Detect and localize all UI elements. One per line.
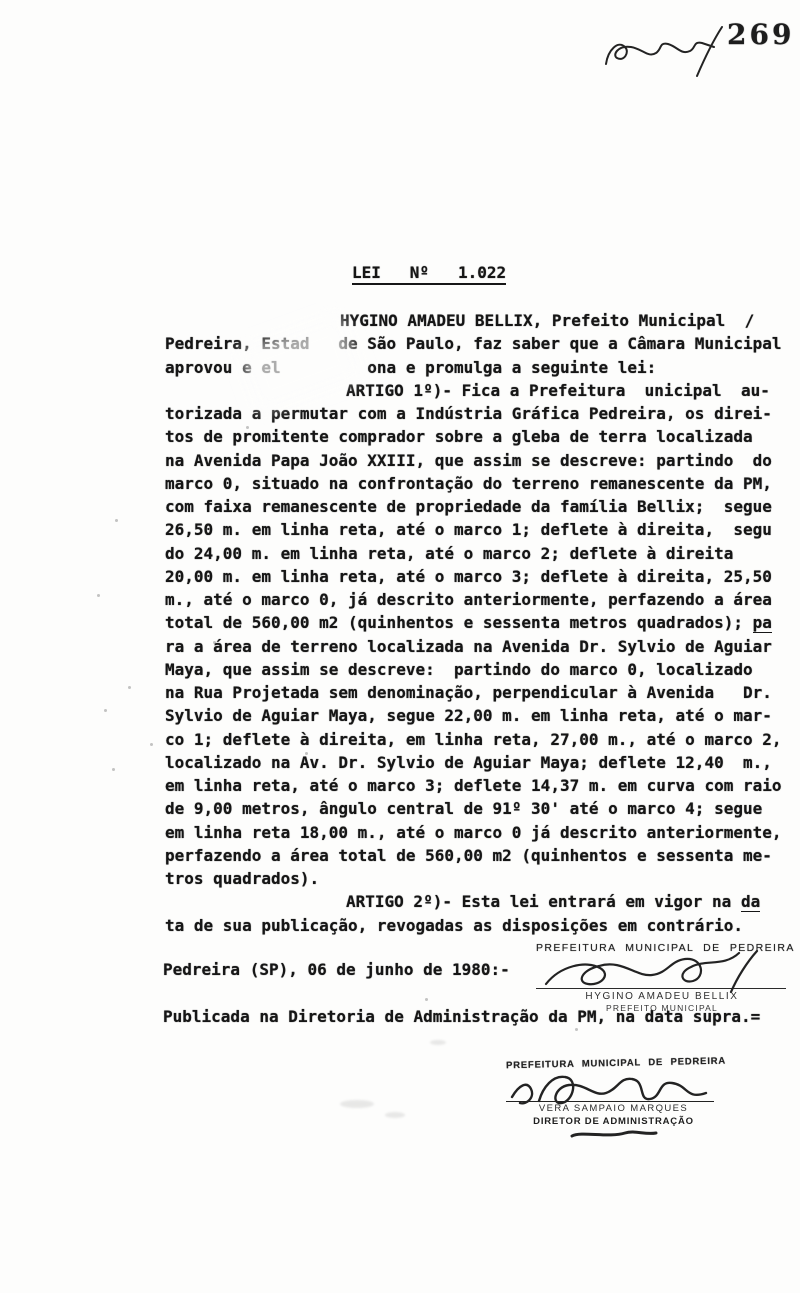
scan-speck [425, 998, 428, 1001]
signature-underline-flourish [569, 1129, 659, 1141]
date-line: Pedreira (SP), 06 de junho de 1980:- [163, 960, 510, 979]
document-line: na Rua Projetada sem denominação, perpen… [165, 681, 800, 704]
document-line: HYGINO AMADEU BELLIX, Prefeito Municipal… [340, 309, 800, 332]
document-line: do 24,00 m. em linha reta, até o marco 2… [165, 542, 800, 565]
document-line: em linha reta 18,00 m., até o marco 0 já… [165, 821, 800, 844]
document-line: localizado na Av. Dr. Sylvio de Aguiar M… [165, 751, 800, 774]
director-name: VERA SAMPAIO MARQUES [506, 1103, 721, 1114]
scan-smudge [340, 1100, 374, 1108]
document-line: m., até o marco 0, já descrito anteriorm… [165, 588, 800, 611]
scan-speck [104, 709, 107, 712]
document-line: total de 560,00 m2 (quinhentos e sessent… [165, 611, 800, 634]
document-line: Sylvio de Aguiar Maya, segue 22,00 m. em… [165, 704, 800, 727]
document-line: marco 0, situado na confrontação do terr… [165, 472, 800, 495]
document-line: co 1; deflete à direita, em linha reta, … [165, 728, 800, 751]
document-line: tros quadrados). [165, 867, 800, 890]
scan-speck [575, 1028, 578, 1031]
document-line: ta de sua publicação, revogadas as dispo… [165, 914, 800, 937]
mayor-signature-block: PREFEITURA MUNICIPAL DE PEDREIRA HYGINO … [536, 942, 788, 1013]
document-line: com faixa remanescente de propriedade da… [165, 495, 800, 518]
municipal-stamp: PREFEITURA MUNICIPAL DE PEDREIRA [536, 942, 788, 954]
scan-speck [97, 594, 100, 597]
director-signature-block: PREFEITURA MUNICIPAL DE PEDREIRA VERA SA… [506, 1058, 721, 1141]
document-line: ARTIGO 2º)- Esta lei entrará em vigor na… [346, 890, 800, 913]
scan-smudge [385, 1112, 405, 1118]
handwritten-flourish-mark [598, 20, 748, 80]
mayor-role: PREFEITO MUNICIPAL [536, 1003, 788, 1013]
scanned-law-document: 269 LEI Nº 1.022 HYGINO AMADEU BELLIX, P… [0, 0, 800, 1293]
scan-speck [115, 519, 118, 522]
document-line: perfazendo a área total de 560,00 m2 (qu… [165, 844, 800, 867]
director-role: DIRETOR DE ADMINISTRAÇÃO [506, 1116, 721, 1127]
document-line: de 9,00 metros, ângulo central de 91º 30… [165, 797, 800, 820]
document-line: em linha reta, até o marco 3; deflete 14… [165, 774, 800, 797]
document-line: 20,00 m. em linha reta, até o marco 3; d… [165, 565, 800, 588]
signature-line [536, 988, 786, 989]
page-number: 269 [727, 18, 794, 51]
document-line: ra a área de terreno localizada na Aveni… [165, 635, 800, 658]
document-line: na Avenida Papa João XXIII, que assim se… [165, 449, 800, 472]
scan-speck [112, 768, 115, 771]
document-line: ARTIGO 1º)- Fica a Prefeitura unicipal a… [346, 379, 800, 402]
document-line: tos de promitente comprador sobre a gleb… [165, 425, 800, 448]
signature-line [506, 1101, 714, 1102]
law-title: LEI Nº 1.022 [352, 263, 506, 285]
document-line: Maya, que assim se descreve: partindo do… [165, 658, 800, 681]
scan-speck [246, 426, 249, 429]
scan-speck [150, 743, 153, 746]
scan-speck [305, 752, 308, 755]
scan-speck [174, 788, 177, 791]
scan-smudge [430, 1040, 446, 1045]
scan-speck [128, 686, 131, 689]
document-line: 26,50 m. em linha reta, até o marco 1; d… [165, 518, 800, 541]
scan-speck [213, 641, 216, 644]
mayor-name: HYGINO AMADEU BELLIX [536, 991, 788, 1002]
